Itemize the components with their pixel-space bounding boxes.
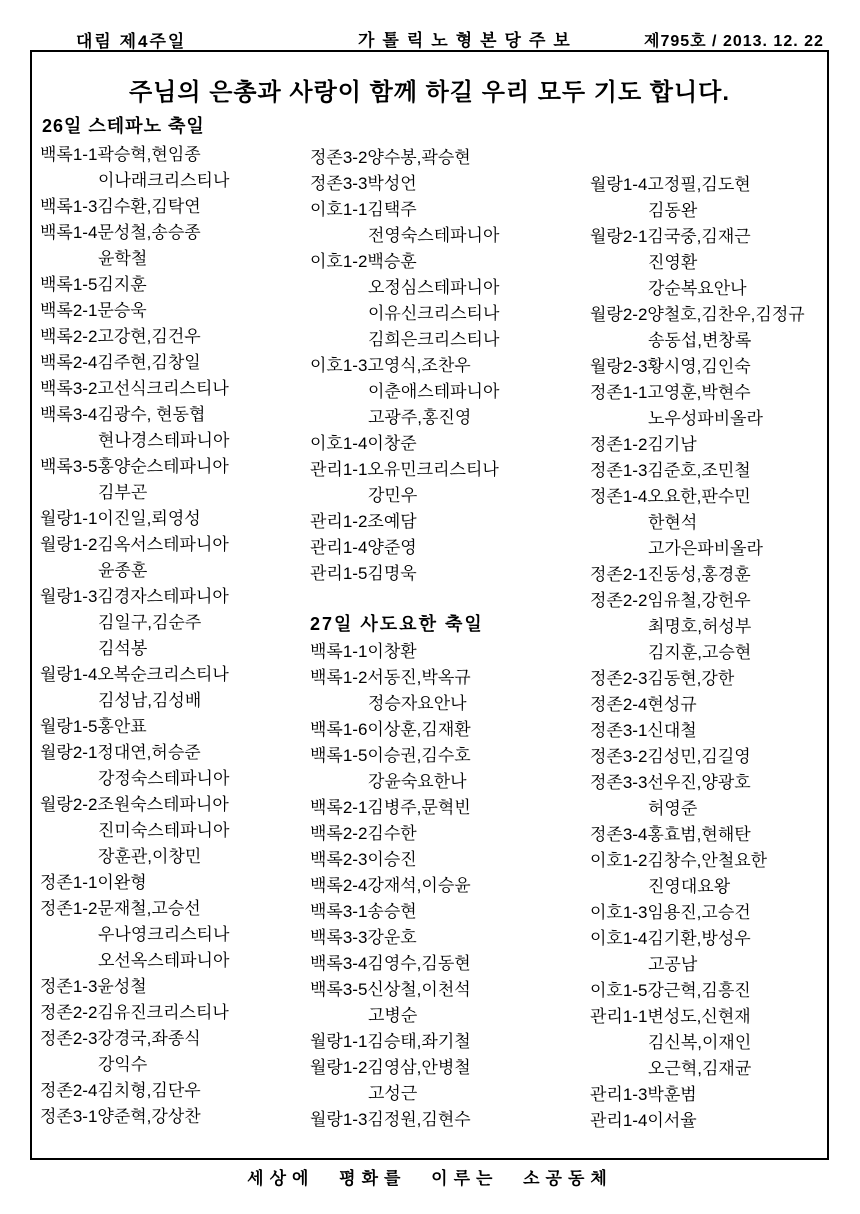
roster-line: 월랑1-3김정원,김현수 [310, 1107, 578, 1133]
roster-line: 최명호,허성부 [590, 614, 858, 640]
roster-line: 월랑2-2양철호,김찬우,김정규 [590, 302, 858, 328]
roster-column-1: 백록1-1곽승혁,현임종이나래크리스티나백록1-3김수환,김탁연백록1-4문성철… [40, 142, 308, 1130]
roster-line: 정존1-2김기남 [590, 432, 858, 458]
roster-column-2: 정존3-2양수봉,곽승현정존3-3박성언이호1-1김택주전영숙스테파니아이호1-… [310, 145, 578, 1133]
roster-line: 정존2-3강경국,좌종식 [40, 1026, 308, 1052]
roster-line: 정존1-3김준호,조민철 [590, 458, 858, 484]
roster-line: 전영숙스테파니아 [310, 223, 578, 249]
roster-line: 월랑2-2조원숙스테파니아 [40, 792, 308, 818]
roster-line: 관리1-5김명욱 [310, 561, 578, 587]
roster-line: 이춘애스테파니아 [310, 379, 578, 405]
roster-line: 진미숙스테파니아 [40, 818, 308, 844]
roster-line: 백록3-1송승현 [310, 899, 578, 925]
roster-line: 관리1-3박훈범 [590, 1082, 858, 1108]
roster-line: 백록1-5이승권,김수호 [310, 743, 578, 769]
roster-line: 이호1-2백승훈 [310, 249, 578, 275]
roster-line: 윤종훈 [40, 558, 308, 584]
roster-line: 월랑1-4고정필,김도현 [590, 172, 858, 198]
roster-line: 이호1-3고영식,조찬우 [310, 353, 578, 379]
roster-line: 백록1-6이상훈,김재환 [310, 717, 578, 743]
roster-line: 진영환 [590, 250, 858, 276]
roster-line: 이호1-5강근혁,김흥진 [590, 978, 858, 1004]
roster-line: 월랑1-2김옥서스테파니아 [40, 532, 308, 558]
roster-line: 월랑1-1이진일,뢰영성 [40, 506, 308, 532]
roster-line: 강민우 [310, 483, 578, 509]
roster-line: 정존2-1진동성,홍경훈 [590, 562, 858, 588]
footer-slogan: 세상에 평화를 이루는 소공동체 [0, 1164, 860, 1189]
roster-line: 김부곤 [40, 480, 308, 506]
roster-line: 백록3-4김영수,김동현 [310, 951, 578, 977]
roster-line: 고가은파비올라 [590, 536, 858, 562]
roster-line: 정존1-3윤성철 [40, 974, 308, 1000]
roster-line: 김석봉 [40, 636, 308, 662]
roster-line: 송동섭,변창록 [590, 328, 858, 354]
roster-line: 오근혁,김재균 [590, 1056, 858, 1082]
roster-line: 정존3-3박성언 [310, 171, 578, 197]
roster-line: 오선옥스테파니아 [40, 948, 308, 974]
roster-line: 백록1-3김수환,김탁연 [40, 194, 308, 220]
roster-line: 장훈관,이창민 [40, 844, 308, 870]
roster-column-3: 월랑1-4고정필,김도현김동완월랑2-1김국중,김재근진영환강순복요안나월랑2-… [590, 172, 858, 1134]
roster-line: 관리1-1변성도,신현재 [590, 1004, 858, 1030]
roster-line: 김일구,김순주 [40, 610, 308, 636]
bulletin-page: 대림 제4주일 가톨릭노형본당주보 제795호 / 2013. 12. 22 주… [0, 0, 860, 1214]
roster-line: 월랑1-4오복순크리스티나 [40, 662, 308, 688]
roster-line: 정존3-1신대철 [590, 718, 858, 744]
roster-line: 백록1-1곽승혁,현임종 [40, 142, 308, 168]
roster-line: 김신복,이재인 [590, 1030, 858, 1056]
roster-line: 정존1-1고영훈,박현수 [590, 380, 858, 406]
roster-line: 김성남,김성배 [40, 688, 308, 714]
roster-line: 윤학철 [40, 246, 308, 272]
roster-line: 정존3-4홍효범,현해탄 [590, 822, 858, 848]
roster-line: 고공남 [590, 952, 858, 978]
roster-line: 백록3-4김광수, 현동협 [40, 402, 308, 428]
roster-line: 백록2-2김수한 [310, 821, 578, 847]
roster-line: 정승자요안나 [310, 691, 578, 717]
roster-line: 현나경스테파니아 [40, 428, 308, 454]
roster-line: 고광주,홍진영 [310, 405, 578, 431]
roster-line: 정존3-3선우진,양광호 [590, 770, 858, 796]
roster-line: 백록3-5홍양순스테파니아 [40, 454, 308, 480]
content-box: 주님의 은총과 사랑이 함께 하길 우리 모두 기도 합니다. 26일 스테파노… [30, 50, 829, 1160]
roster-line: 정존2-2임유철,강헌우 [590, 588, 858, 614]
roster-line: 정존2-2김유진크리스티나 [40, 1000, 308, 1026]
roster-line: 백록1-1이창환 [310, 639, 578, 665]
roster-line: 월랑2-3황시영,김인숙 [590, 354, 858, 380]
roster-line: 관리1-4양준영 [310, 535, 578, 561]
roster-line: 월랑2-1김국중,김재근 [590, 224, 858, 250]
roster-line: 월랑1-2김영삼,안병철 [310, 1055, 578, 1081]
roster-line: 김지훈,고승현 [590, 640, 858, 666]
roster-line: 정존3-2양수봉,곽승현 [310, 145, 578, 171]
roster-line: 월랑1-1김승태,좌기철 [310, 1029, 578, 1055]
roster-line: 관리1-1오유민크리스티나 [310, 457, 578, 483]
roster-line: 백록2-2고강현,김건우 [40, 324, 308, 350]
roster-line: 백록3-5신상철,이천석 [310, 977, 578, 1003]
prayer-title: 주님의 은총과 사랑이 함께 하길 우리 모두 기도 합니다. [32, 72, 827, 107]
roster-line: 진영대요왕 [590, 874, 858, 900]
roster-line: 관리1-2조예담 [310, 509, 578, 535]
roster-line: 이호1-2김창수,안철요한 [590, 848, 858, 874]
roster-line: 백록3-3강운호 [310, 925, 578, 951]
roster-line: 김희은크리스티나 [310, 327, 578, 353]
roster-line: 정존2-4김치형,김단우 [40, 1078, 308, 1104]
roster-line: 정존3-2김성민,김길영 [590, 744, 858, 770]
roster-line: 허영준 [590, 796, 858, 822]
roster-line: 정존1-1이완형 [40, 870, 308, 896]
roster-line: 백록1-5김지훈 [40, 272, 308, 298]
roster-line: 강정숙스테파니아 [40, 766, 308, 792]
roster-line: 노우성파비올라 [590, 406, 858, 432]
roster-line: 백록1-2서동진,박옥규 [310, 665, 578, 691]
roster-line: 정존2-3김동현,강한 [590, 666, 858, 692]
header-liturgical-week: 대림 제4주일 [76, 27, 186, 52]
roster-line: 정존3-1양준혁,강상찬 [40, 1104, 308, 1130]
roster-line: 오정심스테파니아 [310, 275, 578, 301]
roster-line: 백록2-4강재석,이승윤 [310, 873, 578, 899]
roster-line: 우나영크리스티나 [40, 922, 308, 948]
roster-line: 고병순 [310, 1003, 578, 1029]
roster-line: 이나래크리스티나 [40, 168, 308, 194]
section-title-dec26: 26일 스테파노 축일 [42, 112, 205, 138]
roster-line: 정존2-4현성규 [590, 692, 858, 718]
roster-line: 정존1-2문재철,고승선 [40, 896, 308, 922]
roster-line: 강윤숙요한나 [310, 769, 578, 795]
roster-line: 이유신크리스티나 [310, 301, 578, 327]
roster-line: 한현석 [590, 510, 858, 536]
roster-line: 정존1-4오요한,판수민 [590, 484, 858, 510]
header-bulletin-name: 가톨릭노형본당주보 [358, 26, 578, 51]
roster-line: 백록3-2고선식크리스티나 [40, 376, 308, 402]
roster-line: 백록1-4문성철,송승종 [40, 220, 308, 246]
roster-line: 관리1-4이서율 [590, 1108, 858, 1134]
roster-line [310, 587, 578, 609]
roster-line: 김동완 [590, 198, 858, 224]
roster-line: 이호1-3임용진,고승건 [590, 900, 858, 926]
roster-line: 강순복요안나 [590, 276, 858, 302]
roster-line: 고성근 [310, 1081, 578, 1107]
roster-line: 월랑1-3김경자스테파니아 [40, 584, 308, 610]
roster-line: 이호1-1김택주 [310, 197, 578, 223]
roster-line: 백록2-1김병주,문혁빈 [310, 795, 578, 821]
roster-line: 백록2-3이승진 [310, 847, 578, 873]
roster-line: 월랑2-1정대연,허승준 [40, 740, 308, 766]
roster-line: 강익수 [40, 1052, 308, 1078]
roster-line: 이호1-4김기환,방성우 [590, 926, 858, 952]
roster-line: 이호1-4이창준 [310, 431, 578, 457]
roster-line: 백록2-4김주현,김창일 [40, 350, 308, 376]
roster-line: 백록2-1문승욱 [40, 298, 308, 324]
section-title-dec27: 27일 사도요한 축일 [310, 609, 578, 639]
roster-line: 월랑1-5홍안표 [40, 714, 308, 740]
header-issue-date: 제795호 / 2013. 12. 22 [644, 28, 824, 51]
